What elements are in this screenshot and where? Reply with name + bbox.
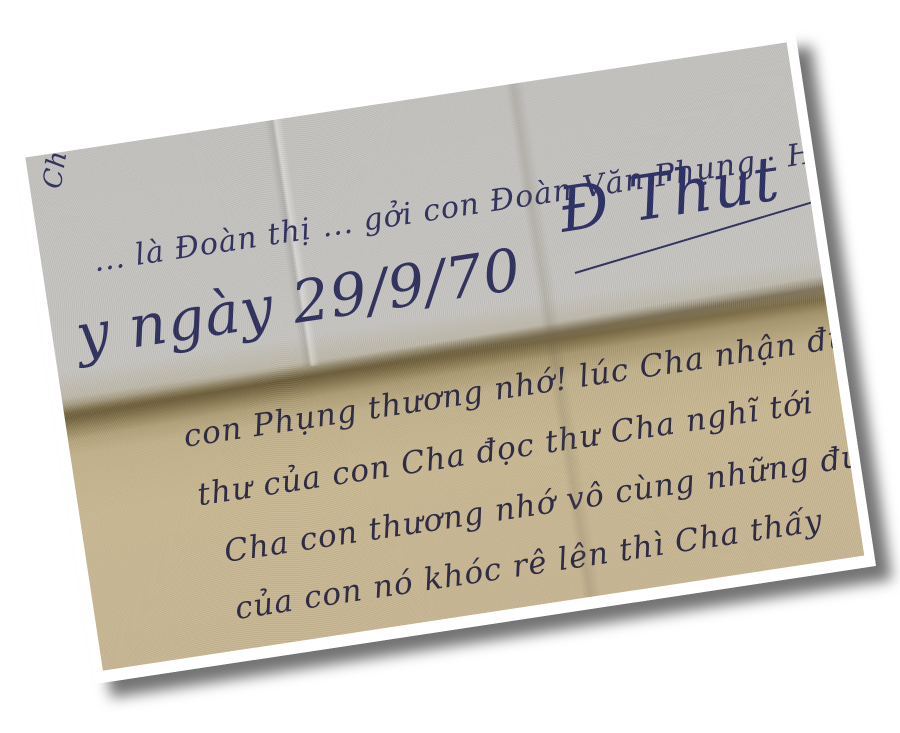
top-fragment-text: Cha ... Thư ... Lê ... m ... — [38, 42, 124, 191]
letter-photo: Cha ... Thư ... Lê ... m ... ... là Đoàn… — [14, 32, 876, 684]
letter-paper: Cha ... Thư ... Lê ... m ... ... là Đoàn… — [25, 42, 864, 670]
letter-line: nó nói con nhớ anh 2 quá ăn ở được — [270, 616, 863, 670]
signature: Đ Thut — [554, 141, 784, 246]
